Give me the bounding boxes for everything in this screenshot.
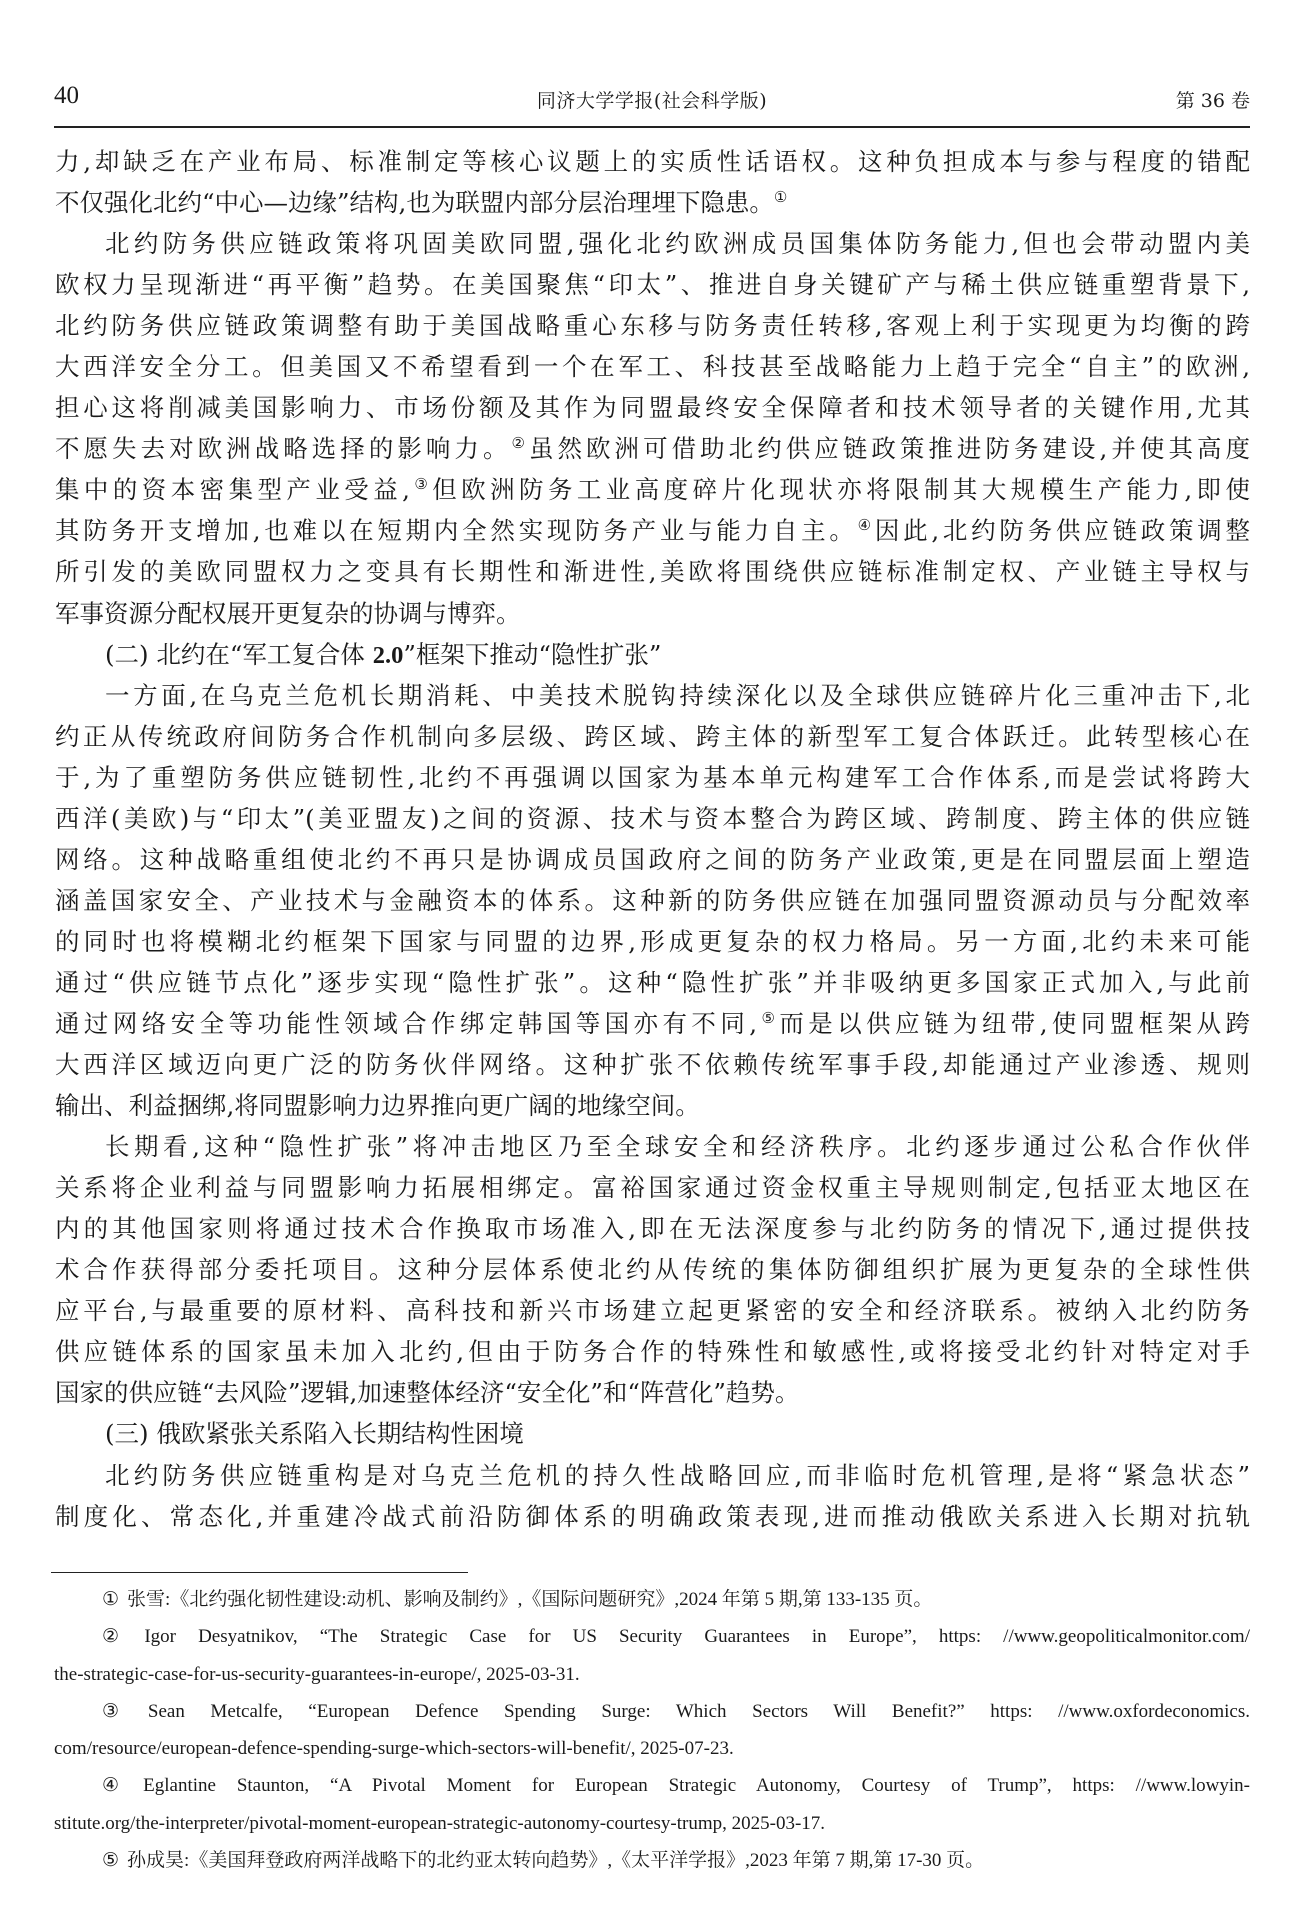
line-text: 担心这将削减美国影响力、市场份额及其作为同盟最终安全保障者和技术领导者的关键作用… xyxy=(55,393,1250,422)
footnote-mark: ④ xyxy=(102,1775,135,1796)
footnote-text: Igor Desyatnikov, “The Strategic Case fo… xyxy=(144,1626,1250,1647)
line-text: (三) 俄欧紧张关系陷入长期结构性困境 xyxy=(105,1419,524,1448)
line-text: 大西洋区域迈向更广泛的防务伙伴网络。这种扩张不依赖传统军事手段,却能通过产业渗透… xyxy=(55,1050,1250,1079)
line-text: 不仅强化北约“中心—边缘”结构,也为联盟内部分层治理埋下隐患。 xyxy=(55,188,774,217)
footnote-line: ③Sean Metcalfe, “European Defence Spendi… xyxy=(54,1693,1250,1730)
text-line: 力,却缺乏在产业布局、标准制定等核心议题上的实质性话语权。这种负担成本与参与程度… xyxy=(55,141,1250,182)
footnote-line: com/resource/european-defence-spending-s… xyxy=(54,1730,1250,1767)
line-text: 输出、利益捆绑,将同盟影响力边界推向更广阔的地缘空间。 xyxy=(55,1091,700,1120)
line-text: 军事资源分配权展开更复杂的协调与博弈。 xyxy=(55,599,521,628)
footnote-ref[interactable]: ① xyxy=(774,188,787,206)
text-line: 不愿失去对欧洲战略选择的影响力。②虽然欧洲可借助北约供应链政策推进防务建设,并使… xyxy=(55,428,1250,469)
text-line: 欧权力呈现渐进“再平衡”趋势。在美国聚焦“印太”、推进自身关键矿产与稀土供应链重… xyxy=(55,264,1250,305)
line-text: 关系将企业利益与同盟影响力拓展相绑定。富裕国家通过资金权重主导规则制定,包括亚太… xyxy=(55,1173,1250,1202)
line-text: 应平台,与最重要的原材料、高科技和新兴市场建立起更紧密的安全和经济联系。被纳入北… xyxy=(55,1296,1250,1325)
text-line: 集中的资本密集型产业受益,③但欧洲防务工业高度碎片化现状亦将限制其大规模生产能力… xyxy=(55,469,1250,510)
footnote-mark: ③ xyxy=(102,1701,140,1722)
line-text: 的同时也将模糊北约框架下国家与同盟的边界,形成更复杂的权力格局。另一方面,北约未… xyxy=(55,927,1250,956)
line-text: 因此,北约防务供应链政策调整 xyxy=(875,516,1250,545)
footnote-ref[interactable]: ② xyxy=(511,434,528,452)
footnote-text: 张雪:《北约强化韧性建设:动机、影响及制约》,《国际问题研究》,2024 年第 … xyxy=(127,1589,932,1610)
footnote-line: ④Eglantine Staunton, “A Pivotal Moment f… xyxy=(54,1767,1250,1804)
line-text: 虽然欧洲可借助北约供应链政策推进防务建设,并使其高度 xyxy=(529,434,1250,463)
text-line: 涵盖国家安全、产业技术与金融资本的体系。这种新的防务供应链在加强同盟资源动员与分… xyxy=(55,880,1250,921)
line-text: 网络。这种战略重组使北约不再只是协调成员国政府之间的防务产业政策,更是在同盟层面… xyxy=(55,845,1250,874)
text-line: 大西洋安全分工。但美国又不希望看到一个在军工、科技甚至战略能力上趋于完全“自主”… xyxy=(55,346,1250,387)
text-line: 军事资源分配权展开更复杂的协调与博弈。 xyxy=(55,593,1250,634)
line-text: 大西洋安全分工。但美国又不希望看到一个在军工、科技甚至战略能力上趋于完全“自主”… xyxy=(55,352,1250,381)
line-text: 所引发的美欧同盟权力之变具有长期性和渐进性,美欧将围绕供应链标准制定权、产业链主… xyxy=(55,557,1250,586)
footnote-text: Eglantine Staunton, “A Pivotal Moment fo… xyxy=(143,1775,1250,1796)
footnote-rule xyxy=(51,1572,468,1573)
text-line: 制度化、常态化,并重建冷战式前沿防御体系的明确政策表现,进而推动俄欧关系进入长期… xyxy=(55,1496,1250,1537)
text-line: 输出、利益捆绑,将同盟影响力边界推向更广阔的地缘空间。 xyxy=(55,1085,1250,1126)
journal-title: 同济大学学报(社会科学版) xyxy=(54,86,1250,113)
footnote-text: stitute.org/the-interpreter/pivotal-mome… xyxy=(54,1813,825,1834)
text-line: 通过网络安全等功能性领域合作绑定韩国等国亦有不同,⑤而是以供应链为纽带,使同盟框… xyxy=(55,1003,1250,1044)
footnote-ref[interactable]: ③ xyxy=(410,475,432,493)
footnote-ref[interactable]: ④ xyxy=(858,516,875,534)
line-text: (二) 北约在“军工复合体 xyxy=(105,640,373,669)
line-text: 国家的供应链“去风险”逻辑,加速整体经济“安全化”和“阵营化”趋势。 xyxy=(55,1378,799,1407)
text-line: 西洋(美欧)与“印太”(美亚盟友)之间的资源、技术与资本整合为跨区域、跨制度、跨… xyxy=(55,798,1250,839)
line-text: 于,为了重塑防务供应链韧性,北约不再强调以国家为基本单元构建军工合作体系,而是尝… xyxy=(55,763,1250,792)
line-text: 一方面,在乌克兰危机长期消耗、中美技术脱钩持续深化以及全球供应链碎片化三重冲击下… xyxy=(105,681,1250,710)
line-text: 通过“供应链节点化”逐步实现“隐性扩张”。这种“隐性扩张”并非吸纳更多国家正式加… xyxy=(55,968,1250,997)
footnotes: ①张雪:《北约强化韧性建设:动机、影响及制约》,《国际问题研究》,2024 年第… xyxy=(54,1581,1250,1879)
text-line: 北约防务供应链政策调整有助于美国战略重心东移与防务责任转移,客观上利于实现更为均… xyxy=(55,305,1250,346)
text-line: 不仅强化北约“中心—边缘”结构,也为联盟内部分层治理埋下隐患。① xyxy=(55,182,1250,223)
line-text: 集中的资本密集型产业受益, xyxy=(55,475,410,504)
text-line: 北约防务供应链重构是对乌克兰危机的持久性战略回应,而非临时危机管理,是将“紧急状… xyxy=(55,1455,1250,1496)
body-text: 力,却缺乏在产业布局、标准制定等核心议题上的实质性话语权。这种负担成本与参与程度… xyxy=(55,141,1250,1537)
text-line: 应平台,与最重要的原材料、高科技和新兴市场建立起更紧密的安全和经济联系。被纳入北… xyxy=(55,1290,1250,1331)
line-text: ”框架下推动“隐性扩张” xyxy=(403,640,661,669)
footnote-line: the-strategic-case-for-us-security-guara… xyxy=(54,1656,1250,1693)
line-text: 西洋(美欧)与“印太”(美亚盟友)之间的资源、技术与资本整合为跨区域、跨制度、跨… xyxy=(55,804,1250,833)
footnote-text: 孙成昊:《美国拜登政府两洋战略下的北约亚太转向趋势》,《太平洋学报》,2023 … xyxy=(127,1850,984,1871)
text-line: 网络。这种战略重组使北约不再只是协调成员国政府之间的防务产业政策,更是在同盟层面… xyxy=(55,839,1250,880)
line-text: 不愿失去对欧洲战略选择的影响力。 xyxy=(55,434,511,463)
text-line: 约正从传统政府间防务合作机制向多层级、跨区域、跨主体的新型军工复合体跃迁。此转型… xyxy=(55,716,1250,757)
text-line: 供应链体系的国家虽未加入北约,但由于防务合作的特殊性和敏感性,或将接受北约针对特… xyxy=(55,1331,1250,1372)
footnote-text: com/resource/european-defence-spending-s… xyxy=(54,1738,734,1759)
line-text: 术合作获得部分委托项目。这种分层体系使北约从传统的集体防御组织扩展为更复杂的全球… xyxy=(55,1255,1250,1284)
text-line: 的同时也将模糊北约框架下国家与同盟的边界,形成更复杂的权力格局。另一方面,北约未… xyxy=(55,921,1250,962)
text-line: 术合作获得部分委托项目。这种分层体系使北约从传统的集体防御组织扩展为更复杂的全球… xyxy=(55,1249,1250,1290)
line-text: 其防务开支增加,也难以在短期内全然实现防务产业与能力自主。 xyxy=(55,516,858,545)
line-text: 通过网络安全等功能性领域合作绑定韩国等国亦有不同, xyxy=(55,1009,757,1038)
line-text: 供应链体系的国家虽未加入北约,但由于防务合作的特殊性和敏感性,或将接受北约针对特… xyxy=(55,1337,1250,1366)
line-text: 力,却缺乏在产业布局、标准制定等核心议题上的实质性话语权。这种负担成本与参与程度… xyxy=(55,147,1250,176)
emphasis-text: 2.0 xyxy=(373,642,404,669)
text-line: 一方面,在乌克兰危机长期消耗、中美技术脱钩持续深化以及全球供应链碎片化三重冲击下… xyxy=(55,675,1250,716)
footnote-line: ①张雪:《北约强化韧性建设:动机、影响及制约》,《国际问题研究》,2024 年第… xyxy=(54,1581,1250,1618)
volume-label: 第 36 卷 xyxy=(1176,86,1250,113)
footnote-mark: ⑤ xyxy=(102,1850,119,1871)
text-line: 于,为了重塑防务供应链韧性,北约不再强调以国家为基本单元构建军工合作体系,而是尝… xyxy=(55,757,1250,798)
text-line: 北约防务供应链政策将巩固美欧同盟,强化北约欧洲成员国集体防务能力,但也会带动盟内… xyxy=(55,223,1250,264)
line-text: 内的其他国家则将通过技术合作换取市场准入,即在无法深度参与北约防务的情况下,通过… xyxy=(55,1214,1250,1243)
footnote-line: stitute.org/the-interpreter/pivotal-mome… xyxy=(54,1805,1250,1842)
footnote-ref[interactable]: ⑤ xyxy=(757,1009,779,1027)
line-text: 而是以供应链为纽带,使同盟框架从跨 xyxy=(779,1009,1250,1038)
text-line: 国家的供应链“去风险”逻辑,加速整体经济“安全化”和“阵营化”趋势。 xyxy=(55,1372,1250,1413)
text-line: 内的其他国家则将通过技术合作换取市场准入,即在无法深度参与北约防务的情况下,通过… xyxy=(55,1208,1250,1249)
line-text: 但欧洲防务工业高度碎片化现状亦将限制其大规模生产能力,即使 xyxy=(432,475,1250,504)
section-heading: (三) 俄欧紧张关系陷入长期结构性困境 xyxy=(55,1413,1250,1454)
line-text: 北约防务供应链重构是对乌克兰危机的持久性战略回应,而非临时危机管理,是将“紧急状… xyxy=(105,1461,1250,1490)
line-text: 制度化、常态化,并重建冷战式前沿防御体系的明确政策表现,进而推动俄欧关系进入长期… xyxy=(55,1502,1250,1531)
text-line: 大西洋区域迈向更广泛的防务伙伴网络。这种扩张不依赖传统军事手段,却能通过产业渗透… xyxy=(55,1044,1250,1085)
footnote-mark: ① xyxy=(102,1589,119,1610)
line-text: 约正从传统政府间防务合作机制向多层级、跨区域、跨主体的新型军工复合体跃迁。此转型… xyxy=(55,722,1250,751)
text-line: 长期看,这种“隐性扩张”将冲击地区乃至全球安全和经济秩序。北约逐步通过公私合作伙… xyxy=(55,1126,1250,1167)
text-line: 关系将企业利益与同盟影响力拓展相绑定。富裕国家通过资金权重主导规则制定,包括亚太… xyxy=(55,1167,1250,1208)
text-line: 通过“供应链节点化”逐步实现“隐性扩张”。这种“隐性扩张”并非吸纳更多国家正式加… xyxy=(55,962,1250,1003)
line-text: 涵盖国家安全、产业技术与金融资本的体系。这种新的防务供应链在加强同盟资源动员与分… xyxy=(55,886,1250,915)
text-line: 其防务开支增加,也难以在短期内全然实现防务产业与能力自主。④因此,北约防务供应链… xyxy=(55,510,1250,551)
header-rule xyxy=(54,126,1250,128)
footnote-mark: ② xyxy=(102,1626,136,1647)
footnote-line: ②Igor Desyatnikov, “The Strategic Case f… xyxy=(54,1618,1250,1655)
line-text: 长期看,这种“隐性扩张”将冲击地区乃至全球安全和经济秩序。北约逐步通过公私合作伙… xyxy=(105,1132,1250,1161)
section-heading: (二) 北约在“军工复合体 2.0”框架下推动“隐性扩张” xyxy=(55,634,1250,675)
line-text: 北约防务供应链政策将巩固美欧同盟,强化北约欧洲成员国集体防务能力,但也会带动盟内… xyxy=(105,229,1250,258)
footnote-line: ⑤孙成昊:《美国拜登政府两洋战略下的北约亚太转向趋势》,《太平洋学报》,2023… xyxy=(54,1842,1250,1879)
line-text: 欧权力呈现渐进“再平衡”趋势。在美国聚焦“印太”、推进自身关键矿产与稀土供应链重… xyxy=(55,270,1250,299)
footnote-text: the-strategic-case-for-us-security-guara… xyxy=(54,1664,580,1685)
text-line: 所引发的美欧同盟权力之变具有长期性和渐进性,美欧将围绕供应链标准制定权、产业链主… xyxy=(55,551,1250,592)
running-header: 40 同济大学学报(社会科学版) 第 36 卷 xyxy=(54,82,1250,122)
footnote-text: Sean Metcalfe, “European Defence Spendin… xyxy=(148,1701,1250,1722)
line-text: 北约防务供应链政策调整有助于美国战略重心东移与防务责任转移,客观上利于实现更为均… xyxy=(55,311,1250,340)
text-line: 担心这将削减美国影响力、市场份额及其作为同盟最终安全保障者和技术领导者的关键作用… xyxy=(55,387,1250,428)
